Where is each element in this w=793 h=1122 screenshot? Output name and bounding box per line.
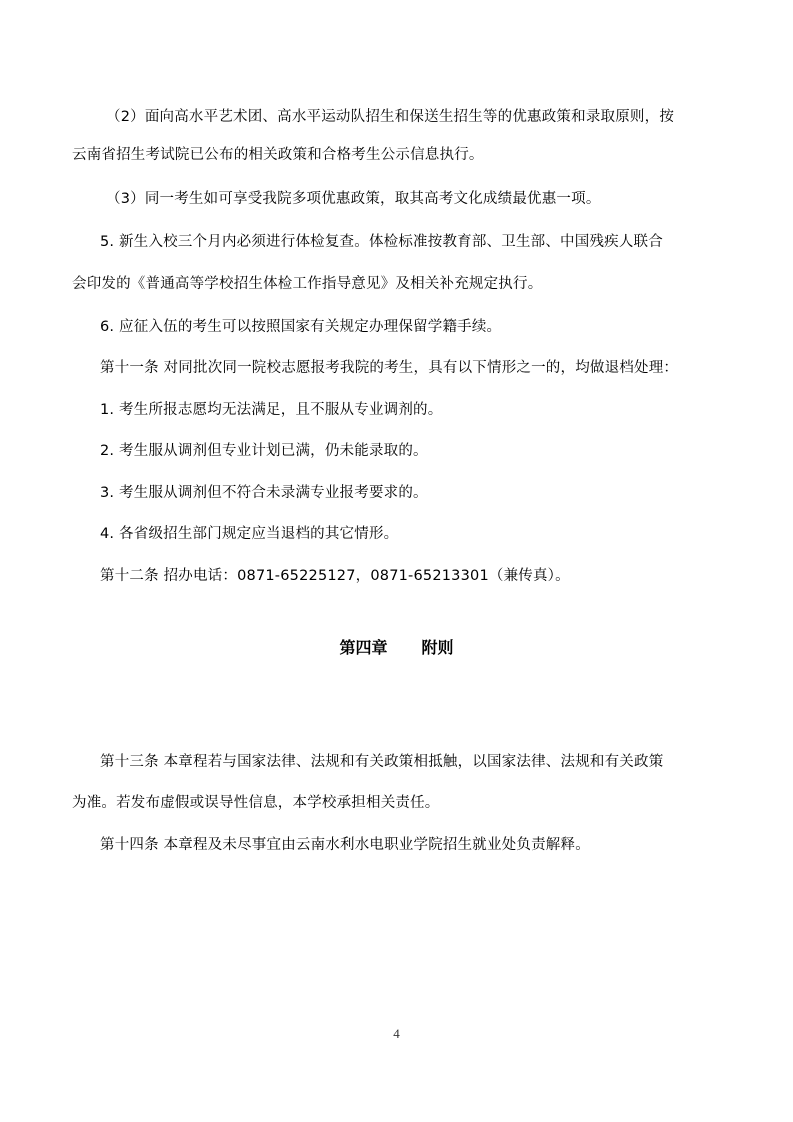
document-page: （2）面向高水平艺术团、高水平运动队招生和保送生招生等的优惠政策和录取原则，按 … bbox=[0, 0, 793, 1122]
article-11: 第十一条 对同批次同一院校志愿报考我院的考生，具有以下情形之一的，均做退档处理： bbox=[100, 358, 678, 378]
page-number: 4 bbox=[0, 1026, 793, 1042]
article-11-item-2: 2. 考生服从调剂但专业计划已满，仍未能录取的。 bbox=[100, 441, 428, 461]
article-12: 第十二条 招办电话：0871-65225127，0871-65213301（兼传… bbox=[100, 566, 570, 586]
item-5-line-2: 会印发的《普通高等学校招生体检工作指导意见》及相关补充规定执行。 bbox=[72, 274, 542, 294]
paragraph-2-line-1: （2）面向高水平艺术团、高水平运动队招生和保送生招生等的优惠政策和录取原则，按 bbox=[106, 107, 674, 127]
item-5-line-1: 5. 新生入校三个月内必须进行体检复查。体检标准按教育部、卫生部、中国残疾人联合 bbox=[100, 232, 663, 252]
article-14: 第十四条 本章程及未尽事宜由云南水利水电职业学院招生就业处负责解释。 bbox=[100, 835, 590, 855]
item-6: 6. 应征入伍的考生可以按照国家有关规定办理保留学籍手续。 bbox=[100, 317, 501, 337]
chapter-heading: 第四章附则 bbox=[0, 637, 793, 659]
article-13-line-1: 第十三条 本章程若与国家法律、法规和有关政策相抵触，以国家法律、法规和有关政策 bbox=[100, 752, 663, 772]
paragraph-2-line-2: 云南省招生考试院已公布的相关政策和合格考生公示信息执行。 bbox=[72, 145, 484, 165]
article-13-line-2: 为准。若发布虚假或误导性信息，本学校承担相关责任。 bbox=[72, 793, 440, 813]
article-11-item-4: 4. 各省级招生部门规定应当退档的其它情形。 bbox=[100, 524, 398, 544]
chapter-title: 附则 bbox=[422, 638, 454, 657]
paragraph-3: （3）同一考生如可享受我院多项优惠政策，取其高考文化成绩最优惠一项。 bbox=[106, 189, 601, 209]
chapter-number: 第四章 bbox=[339, 638, 387, 657]
article-11-item-3: 3. 考生服从调剂但不符合未录满专业报考要求的。 bbox=[100, 483, 428, 503]
article-11-item-1: 1. 考生所报志愿均无法满足，且不服从专业调剂的。 bbox=[100, 400, 442, 420]
